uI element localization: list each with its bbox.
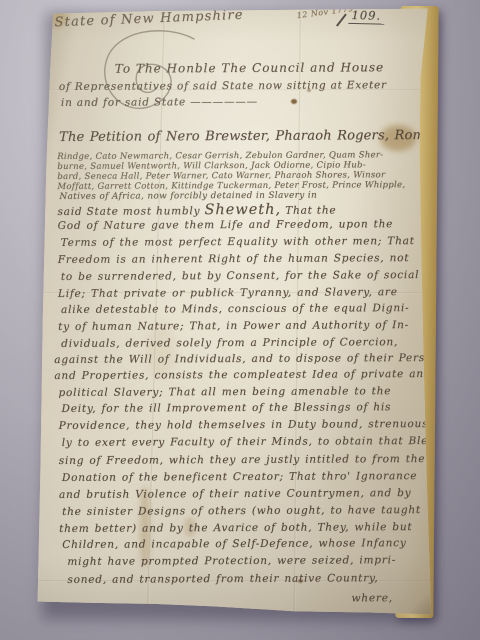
manuscript-line: might have prompted Protection, were sei… [67, 554, 396, 568]
manuscript-line: Terms of the most perfect Equality with … [61, 235, 415, 249]
catchword: where, [351, 592, 392, 604]
manuscript-line: Donation of the beneficent Creator; That… [62, 470, 417, 484]
photo-of-manuscript: State of New Hampshire 12 Nov 1779 109. … [0, 0, 480, 640]
pencil-stroke [336, 14, 346, 27]
manuscript-line: to be surrendered, but by Consent, for t… [61, 269, 420, 283]
petition-opening-line: The Petition of Nero Brewster, Pharaoh R… [59, 128, 441, 145]
handwritten-text-layer: State of New Hampshire 12 Nov 1779 109. … [32, 4, 435, 619]
folio-number: 109. [348, 8, 384, 25]
manuscript-line: God of Nature gave them Life and Freedom… [58, 218, 394, 232]
salutation-line: in and for said State —————— [61, 96, 258, 109]
sheweth-line: said State most humbly Sheweth, That the [57, 201, 336, 218]
manuscript-line: dividuals, derived solely from a Princip… [61, 336, 398, 350]
manuscript-line: and Properties, consists the compleatest… [54, 368, 431, 382]
manuscript-line: soned, and transported from their native… [67, 572, 378, 586]
manuscript-line: political Slavery; That all men being am… [58, 385, 391, 399]
salutation-line: of Representatives of said State now sit… [59, 79, 387, 93]
manuscript-line: Life; That private or publick Tyranny, a… [58, 286, 398, 300]
manuscript-line: Freedom is an inherent Right of the huma… [58, 252, 410, 266]
manuscript-line: ty of human Nature; That, in Power and A… [58, 319, 409, 333]
manuscript-line: Deity, for the ill Improvement of the Bl… [61, 401, 391, 415]
manuscript-line: the sinister Designs of others (who ough… [62, 504, 421, 518]
salutation-line: To The Honble The Council and House [115, 60, 384, 75]
manuscript-line: alike detestable to Minds, conscious of … [61, 302, 409, 316]
manuscript-line: Providence, they hold themselves in Duty… [59, 418, 433, 432]
manuscript-line: them better) and by the Avarice of both,… [59, 521, 412, 535]
manuscript-line: Natives of Africa, now forcibly detained… [59, 191, 317, 202]
manuscript-text: said State most humbly [57, 205, 204, 218]
manuscript-page: State of New Hampshire 12 Nov 1779 109. … [34, 5, 434, 618]
manuscript-line: and brutish Violence of their native Cou… [59, 487, 411, 501]
manuscript-line: ly to exert every Faculty of their Minds… [62, 435, 439, 449]
pen-flourish-icon [95, 27, 206, 128]
manuscript-line: against the Will of Individuals, and to … [54, 352, 446, 366]
archival-date-note: 12 Nov 1779 [296, 4, 354, 20]
manuscript-line: sing of Freedom, which they are justly i… [59, 453, 426, 467]
sheweth-word: Sheweth, [204, 202, 281, 218]
manuscript-text: That the [281, 204, 336, 216]
manuscript-line: Children, and incapable of Self-Defence,… [62, 537, 406, 551]
